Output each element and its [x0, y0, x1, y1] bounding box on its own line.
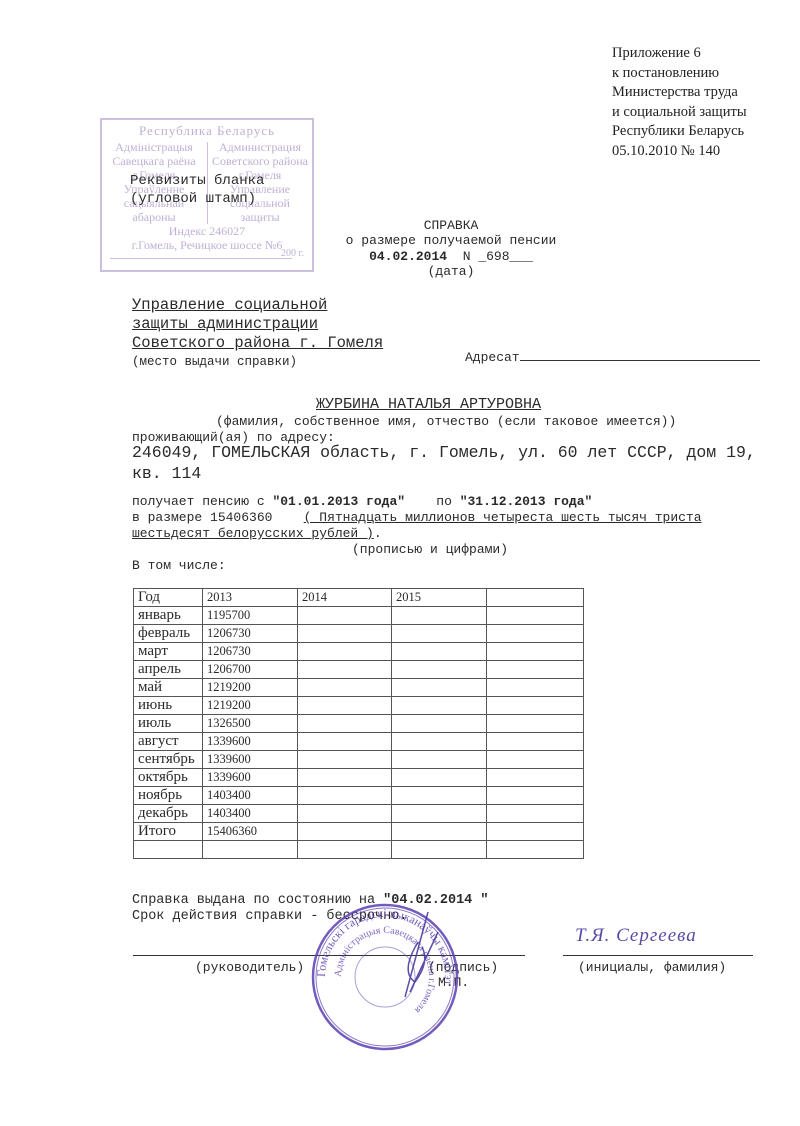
- appendix-line: 05.10.2010 № 140: [612, 142, 747, 162]
- header-cell: 2015: [392, 589, 487, 607]
- initials-line: [563, 955, 753, 956]
- month-cell: [134, 841, 203, 859]
- doc-number: _698___: [478, 249, 533, 264]
- including-label: В том числе:: [132, 558, 702, 574]
- month-cell: май: [134, 679, 203, 697]
- value-cell: [392, 787, 487, 805]
- doc-title: СПРАВКА: [320, 218, 582, 234]
- value-cell: [487, 697, 584, 715]
- doc-date: 04.02.2014: [369, 249, 447, 264]
- month-cell: март: [134, 643, 203, 661]
- period-to: "31.12.2013 года": [460, 494, 593, 509]
- table-row: [134, 841, 584, 859]
- value-cell: [487, 661, 584, 679]
- table-row: Итого15406360: [134, 823, 584, 841]
- month-cell: июнь: [134, 697, 203, 715]
- corner-stamp-year: 200 г.: [281, 248, 304, 259]
- addressee: Адресат: [465, 348, 760, 365]
- corner-stamp-country: Республика Беларусь: [102, 124, 312, 138]
- value-cell: 1326500: [203, 715, 298, 733]
- table-row: июнь1219200: [134, 697, 584, 715]
- table-row: июль1326500: [134, 715, 584, 733]
- value-cell: [298, 643, 392, 661]
- month-cell: сентябрь: [134, 751, 203, 769]
- amount-caption: (прописью и цифрами): [132, 542, 702, 558]
- period-from: "01.01.2013 года": [272, 494, 405, 509]
- issuer-line: Советского района г. Гомеля: [132, 334, 383, 353]
- value-cell: [392, 643, 487, 661]
- month-cell: февраль: [134, 625, 203, 643]
- value-cell: [298, 769, 392, 787]
- value-cell: 1219200: [203, 697, 298, 715]
- header-cell: Год: [134, 589, 203, 607]
- pension-period: получает пенсию с "01.01.2013 года" по "…: [132, 494, 702, 510]
- table-row: октябрь1339600: [134, 769, 584, 787]
- header-cell: 2013: [203, 589, 298, 607]
- value-cell: [298, 733, 392, 751]
- issuer-line: Управление социальной: [132, 296, 383, 315]
- value-cell: [298, 625, 392, 643]
- pension-amount: в размере 15406360 ( Пятнадцать миллионо…: [132, 510, 702, 526]
- amount-words-cont: шестьдесят белорусских рублей ): [132, 526, 374, 541]
- month-cell: январь: [134, 607, 203, 625]
- value-cell: [487, 679, 584, 697]
- value-cell: [392, 715, 487, 733]
- value-cell: [392, 823, 487, 841]
- appendix-line: Приложение 6: [612, 44, 747, 64]
- addressee-label: Адресат: [465, 350, 520, 365]
- value-cell: 1339600: [203, 769, 298, 787]
- value-cell: [392, 769, 487, 787]
- header-cell: 2014: [298, 589, 392, 607]
- issuer-line: защиты администрации: [132, 315, 383, 334]
- value-cell: 1206730: [203, 643, 298, 661]
- value-cell: [298, 697, 392, 715]
- value-cell: 1339600: [203, 751, 298, 769]
- value-cell: [298, 787, 392, 805]
- appendix-line: и социальной защиты: [612, 103, 747, 123]
- value-cell: [392, 841, 487, 859]
- appendix-reference: Приложение 6 к постановлению Министерств…: [612, 44, 747, 161]
- value-cell: [203, 841, 298, 859]
- value-cell: [392, 697, 487, 715]
- value-cell: 1206700: [203, 661, 298, 679]
- value-cell: 1403400: [203, 787, 298, 805]
- table-row: сентябрь1339600: [134, 751, 584, 769]
- value-cell: [392, 679, 487, 697]
- doc-subtitle: о размере получаемой пенсии: [320, 233, 582, 249]
- amount-words: ( Пятнадцать миллионов четыреста шесть т…: [304, 510, 702, 525]
- table-row: апрель1206700: [134, 661, 584, 679]
- header-cell: [487, 589, 584, 607]
- month-cell: декабрь: [134, 805, 203, 823]
- value-cell: [298, 661, 392, 679]
- month-cell: октябрь: [134, 769, 203, 787]
- value-cell: 1339600: [203, 733, 298, 751]
- value-cell: [487, 607, 584, 625]
- value-cell: 1195700: [203, 607, 298, 625]
- value-cell: [392, 733, 487, 751]
- month-cell: ноябрь: [134, 787, 203, 805]
- value-cell: [487, 823, 584, 841]
- signer-handwritten-name: Т.Я. Сергеева: [575, 925, 697, 947]
- value-cell: [298, 607, 392, 625]
- value-cell: [487, 751, 584, 769]
- table-header-row: Год 2013 2014 2015: [134, 589, 584, 607]
- person-name: ЖУРБИНА НАТАЛЬЯ АРТУРОВНА: [316, 396, 541, 413]
- value-cell: [392, 607, 487, 625]
- stamp-label: Реквизиты бланка (угловой штамп): [130, 172, 264, 208]
- table-row: март1206730: [134, 643, 584, 661]
- value-cell: [392, 805, 487, 823]
- head-caption: (руководитель): [195, 960, 304, 975]
- table-row: ноябрь1403400: [134, 787, 584, 805]
- value-cell: [392, 751, 487, 769]
- value-cell: [298, 805, 392, 823]
- value-cell: [298, 751, 392, 769]
- value-cell: [487, 733, 584, 751]
- value-cell: 1403400: [203, 805, 298, 823]
- month-cell: Итого: [134, 823, 203, 841]
- value-cell: [487, 625, 584, 643]
- appendix-line: Республики Беларусь: [612, 122, 747, 142]
- table-row: январь1195700: [134, 607, 584, 625]
- value-cell: [298, 679, 392, 697]
- date-caption: (дата): [320, 264, 582, 280]
- value-cell: [487, 841, 584, 859]
- doc-date-number: 04.02.2014 N _698___: [320, 249, 582, 265]
- table-row: август1339600: [134, 733, 584, 751]
- month-cell: август: [134, 733, 203, 751]
- corner-stamp-index: Индекс 246027: [102, 224, 312, 238]
- table-row: февраль1206730: [134, 625, 584, 643]
- value-cell: [487, 787, 584, 805]
- name-caption: (фамилия, собственное имя, отчество (есл…: [216, 414, 676, 429]
- month-cell: июль: [134, 715, 203, 733]
- month-cell: апрель: [134, 661, 203, 679]
- value-cell: [392, 625, 487, 643]
- table-row: декабрь1403400: [134, 805, 584, 823]
- addressee-field: [520, 348, 760, 361]
- value-cell: [487, 805, 584, 823]
- person-address: 246049, ГОМЕЛЬСКАЯ область, г. Гомель, у…: [132, 442, 756, 484]
- table-row: май1219200: [134, 679, 584, 697]
- appendix-line: к постановлению: [612, 64, 747, 84]
- initials-caption: (инициалы, фамилия): [578, 960, 726, 975]
- value-cell: [298, 715, 392, 733]
- amount-number: 15406360: [210, 510, 272, 525]
- pension-info: получает пенсию с "01.01.2013 года" по "…: [132, 494, 702, 574]
- value-cell: 1206730: [203, 625, 298, 643]
- value-cell: 1219200: [203, 679, 298, 697]
- issuer: Управление социальной защиты администрац…: [132, 296, 383, 372]
- issuer-caption: (место выдачи справки): [132, 353, 383, 372]
- value-cell: [487, 769, 584, 787]
- doc-number-prefix: N: [463, 249, 471, 264]
- monthly-pension-table: Год 2013 2014 2015 январь1195700февраль1…: [133, 588, 584, 859]
- value-cell: [298, 841, 392, 859]
- value-cell: [487, 643, 584, 661]
- corner-stamp-line: [110, 258, 292, 259]
- value-cell: 15406360: [203, 823, 298, 841]
- round-seal-icon: Гомельскі гарадскі выканаўчы камітэт Адм…: [310, 902, 460, 1052]
- value-cell: [487, 715, 584, 733]
- value-cell: [298, 823, 392, 841]
- value-cell: [392, 661, 487, 679]
- appendix-line: Министерства труда: [612, 83, 747, 103]
